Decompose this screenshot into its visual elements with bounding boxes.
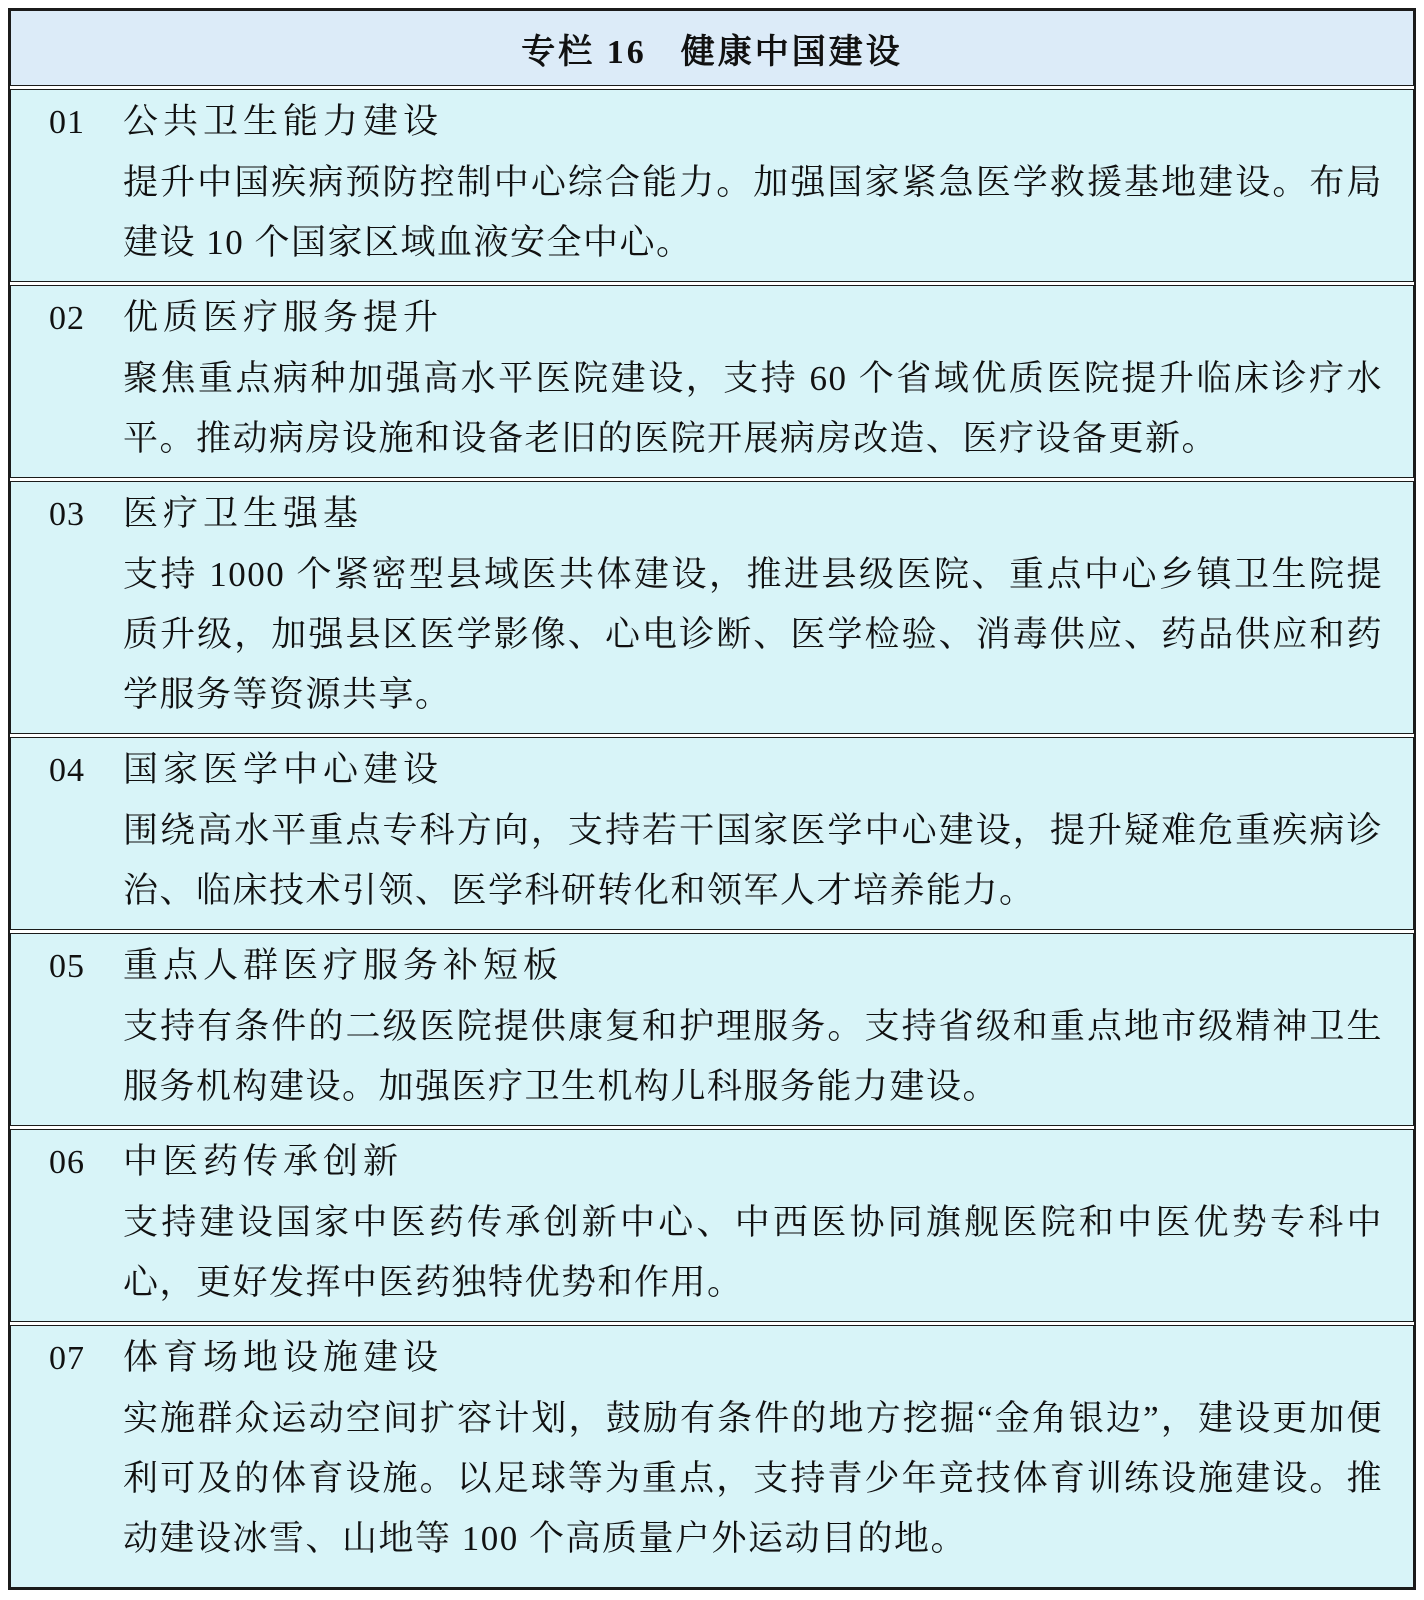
section-head: 04 国家医学中心建设 [11, 740, 1413, 801]
section-title: 优质医疗服务提升 [123, 288, 443, 348]
section-head: 03 医疗卫生强基 [11, 484, 1413, 545]
section-body: 提升中国疾病预防控制中心综合能力。加强国家紧急医学救援基地建设。布局建设 10 … [123, 153, 1383, 273]
column-label: 专栏 16 [521, 24, 647, 73]
section-body: 实施群众运动空间扩容计划，鼓励有条件的地方挖掘“金角银边”，建设更加便利可及的体… [123, 1389, 1383, 1569]
section-title: 中医药传承创新 [123, 1132, 403, 1192]
column-box: 专栏 16 健康中国建设 01 公共卫生能力建设 提升中国疾病预防控制中心综合能… [8, 8, 1416, 1590]
section-title: 医疗卫生强基 [123, 484, 363, 544]
section-head: 05 重点人群医疗服务补短板 [11, 936, 1413, 997]
section: 07 体育场地设施建设 实施群众运动空间扩容计划，鼓励有条件的地方挖掘“金角银边… [10, 1325, 1414, 1588]
section-title: 公共卫生能力建设 [123, 92, 443, 152]
section-number: 04 [11, 741, 123, 801]
page-title: 健康中国建设 [681, 24, 903, 73]
section: 05 重点人群医疗服务补短板 支持有条件的二级医院提供康复和护理服务。支持省级和… [10, 933, 1414, 1126]
section-title: 重点人群医疗服务补短板 [123, 936, 563, 996]
section-number: 06 [11, 1133, 123, 1193]
section-head: 02 优质医疗服务提升 [11, 288, 1413, 349]
section-body: 支持有条件的二级医院提供康复和护理服务。支持省级和重点地市级精神卫生服务机构建设… [123, 997, 1383, 1117]
section: 02 优质医疗服务提升 聚焦重点病种加强高水平医院建设，支持 60 个省域优质医… [10, 285, 1414, 478]
section-number: 03 [11, 485, 123, 545]
section: 06 中医药传承创新 支持建设国家中医药传承创新中心、中西医协同旗舰医院和中医优… [10, 1129, 1414, 1322]
section-body: 围绕高水平重点专科方向，支持若干国家医学中心建设，提升疑难危重疾病诊治、临床技术… [123, 801, 1383, 921]
box-header: 专栏 16 健康中国建设 [10, 10, 1414, 86]
page: 专栏 16 健康中国建设 01 公共卫生能力建设 提升中国疾病预防控制中心综合能… [0, 0, 1424, 1598]
section-title: 国家医学中心建设 [123, 740, 443, 800]
section-head: 01 公共卫生能力建设 [11, 92, 1413, 153]
section-body: 聚焦重点病种加强高水平医院建设，支持 60 个省域优质医院提升临床诊疗水平。推动… [123, 349, 1383, 469]
section-number: 02 [11, 289, 123, 349]
section: 03 医疗卫生强基 支持 1000 个紧密型县域医共体建设，推进县级医院、重点中… [10, 481, 1414, 734]
section-title: 体育场地设施建设 [123, 1328, 443, 1388]
section-head: 06 中医药传承创新 [11, 1132, 1413, 1193]
section-body: 支持 1000 个紧密型县域医共体建设，推进县级医院、重点中心乡镇卫生院提质升级… [123, 545, 1383, 725]
section-number: 05 [11, 937, 123, 997]
section-number: 01 [11, 93, 123, 153]
sections-container: 01 公共卫生能力建设 提升中国疾病预防控制中心综合能力。加强国家紧急医学救援基… [10, 89, 1414, 1588]
section-body: 支持建设国家中医药传承创新中心、中西医协同旗舰医院和中医优势专科中心，更好发挥中… [123, 1193, 1383, 1313]
section-number: 07 [11, 1329, 123, 1389]
section-head: 07 体育场地设施建设 [11, 1328, 1413, 1389]
section: 01 公共卫生能力建设 提升中国疾病预防控制中心综合能力。加强国家紧急医学救援基… [10, 89, 1414, 282]
section: 04 国家医学中心建设 围绕高水平重点专科方向，支持若干国家医学中心建设，提升疑… [10, 737, 1414, 930]
